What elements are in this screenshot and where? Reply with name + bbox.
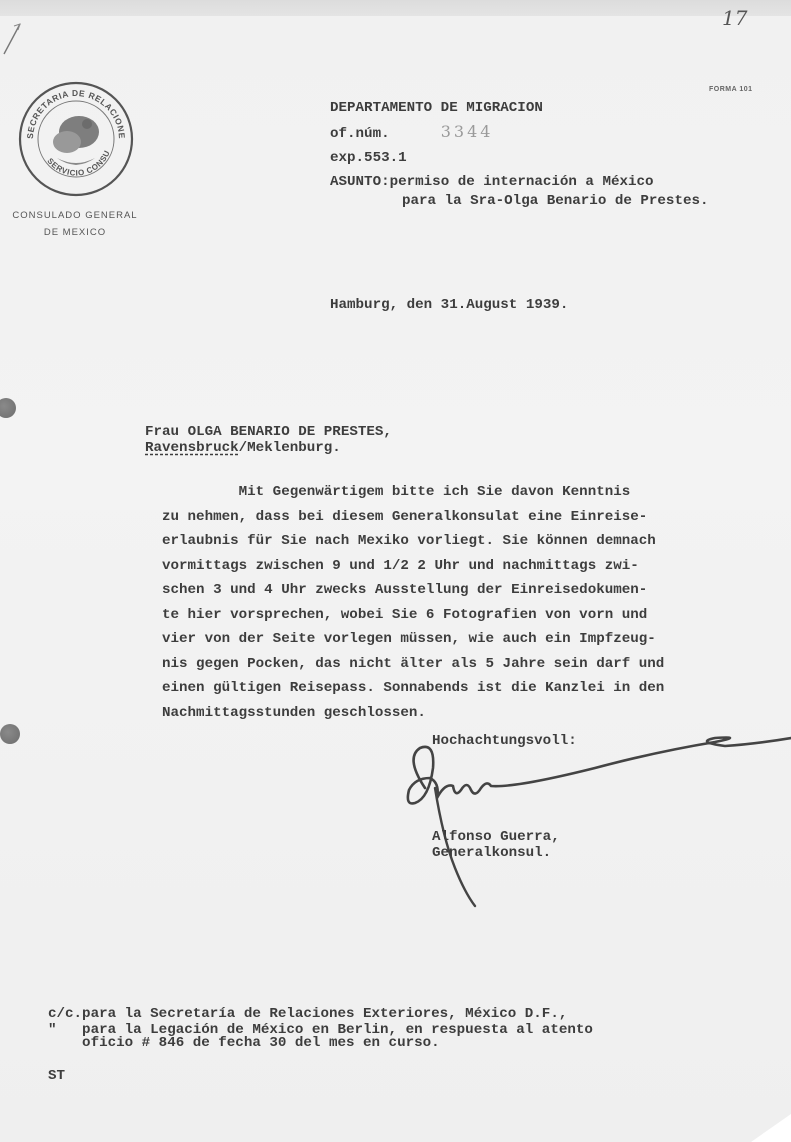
body-line: erlaubnis für Sie nach Mexiko vorliegt. …	[162, 533, 656, 549]
copies-distribution: c/c.para la Secretaría de Relaciones Ext…	[48, 1004, 593, 1050]
letterhead-caption: CONSULADO GENERAL DE MEXICO	[0, 207, 150, 241]
recipient-name: Frau OLGA BENARIO DE PRESTES,	[145, 424, 392, 440]
copy-line-1: c/c.para la Secretaría de Relaciones Ext…	[48, 1006, 567, 1022]
caption-country: DE MEXICO	[0, 224, 150, 241]
body-line: vier von der Seite vorlegen müssen, wie …	[162, 631, 656, 647]
body-line: vormittags zwischen 9 und 1/2 2 Uhr und …	[162, 558, 639, 574]
ditto-mark: "	[48, 1022, 57, 1038]
subject-line-1: permiso de internación a México	[390, 174, 654, 190]
body-line: einen gültigen Reisepass. Sonnabends ist…	[162, 680, 664, 696]
reference-header: DEPARTAMENTO DE MIGRACION of.núm. 3344 e…	[330, 96, 709, 208]
recipient-address: Frau OLGA BENARIO DE PRESTES, Ravensbruc…	[145, 424, 392, 456]
consular-seal-icon: SECRETARIA DE RELACIONES EXTERIORES SERV…	[17, 80, 135, 198]
scan-top-edge	[0, 0, 791, 16]
office-number-stamp: 3344	[441, 122, 494, 141]
caption-consulate: CONSULADO GENERAL	[0, 207, 150, 224]
body-line: schen 3 und 4 Uhr zwecks Ausstellung der…	[162, 582, 647, 598]
letter-body: Mit Gegenwärtigem bitte ich Sie davon Ke…	[162, 480, 664, 725]
page-corner-fold	[751, 1114, 791, 1142]
signer-title: Generalkonsul.	[432, 845, 551, 861]
recipient-place-rest: /Meklenburg.	[239, 440, 341, 456]
office-number-label: of.núm.	[330, 126, 390, 142]
recipient-place-underlined: Ravensbruck	[145, 440, 239, 456]
body-line: te hier vorsprechen, wobei Sie 6 Fotogra…	[162, 607, 647, 623]
file-reference: exp.553.1	[330, 150, 407, 166]
handwritten-signature-icon	[395, 728, 791, 913]
department-name: DEPARTAMENTO DE MIGRACION	[330, 100, 543, 116]
subject-label: ASUNTO:	[330, 174, 390, 190]
handwritten-page-number: 17	[722, 6, 747, 30]
date-line: Hamburg, den 31.August 1939.	[330, 297, 568, 313]
body-line: zu nehmen, dass bei diesem Generalkonsul…	[162, 509, 647, 525]
form-label: FORMA 101	[709, 86, 753, 93]
signer-name: Alfonso Guerra,	[432, 829, 560, 845]
subject-line-2: para la Sra-Olga Benario de Prestes.	[330, 194, 709, 208]
copy-line-3: oficio # 846 de fecha 30 del mes en curs…	[57, 1035, 440, 1051]
typist-initials: ST	[48, 1068, 65, 1084]
punch-hole	[0, 724, 20, 744]
pencil-mark-icon	[0, 20, 22, 60]
body-line: nis gegen Pocken, das nicht älter als 5 …	[162, 656, 664, 672]
body-line: Nachmittagsstunden geschlossen.	[162, 705, 426, 721]
body-line: Mit Gegenwärtigem bitte ich Sie davon Ke…	[162, 484, 630, 500]
eagle-emblem-icon	[53, 116, 99, 165]
signer-block: Alfonso Guerra, Generalkonsul.	[432, 829, 560, 861]
